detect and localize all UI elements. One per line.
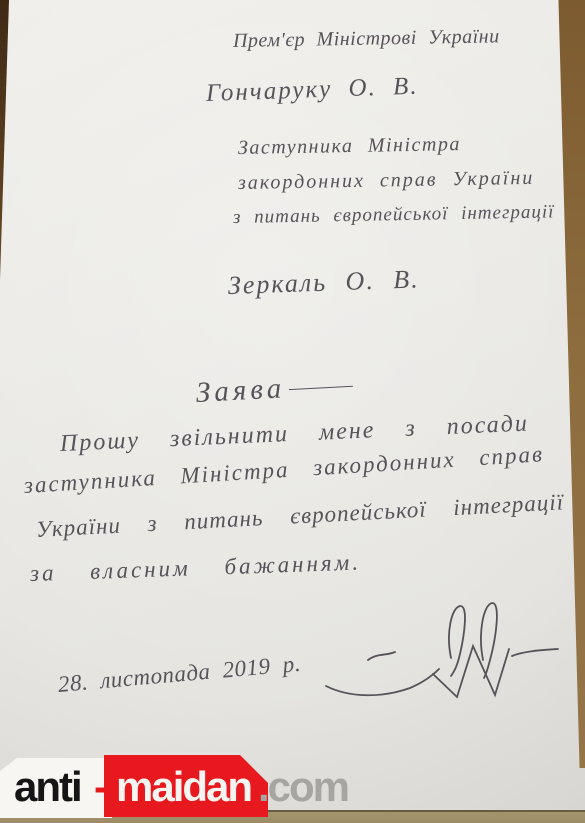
- addressee-line-2: Гончаруку О. В.: [206, 73, 419, 108]
- title-underline-flourish: [289, 386, 353, 390]
- watermark-text-com: .com: [258, 761, 348, 813]
- table-edge-left: [0, 0, 9, 280]
- photo-of-handwritten-letter: Прем'єр Міністрові України Гончаруку О. …: [0, 0, 585, 823]
- letter-title: Заява: [195, 369, 354, 410]
- watermark-text-anti: anti: [14, 761, 81, 813]
- sender-line-2: закордонних справ України: [238, 167, 535, 195]
- watermark-text-maidan: maidan: [116, 761, 251, 813]
- date-line: 28. листопада 2019 р.: [57, 651, 302, 698]
- sender-name: Зеркаль О. В.: [227, 264, 420, 301]
- body-line-4: за власним бажанням.: [30, 549, 362, 587]
- body-line-3: України з питань європейської інтеграції: [35, 489, 564, 543]
- watermark-hyphen: -: [94, 761, 106, 813]
- watermark-logo: anti - maidan .com: [0, 752, 370, 822]
- sender-line-1: Заступника Міністра: [238, 133, 461, 160]
- letter-title-text: Заява: [195, 372, 286, 409]
- sender-line-3: з питань європейської інтеграції: [233, 201, 555, 229]
- addressee-line-1: Прем'єр Міністрові України: [233, 25, 500, 53]
- signature-scribble: [320, 596, 572, 710]
